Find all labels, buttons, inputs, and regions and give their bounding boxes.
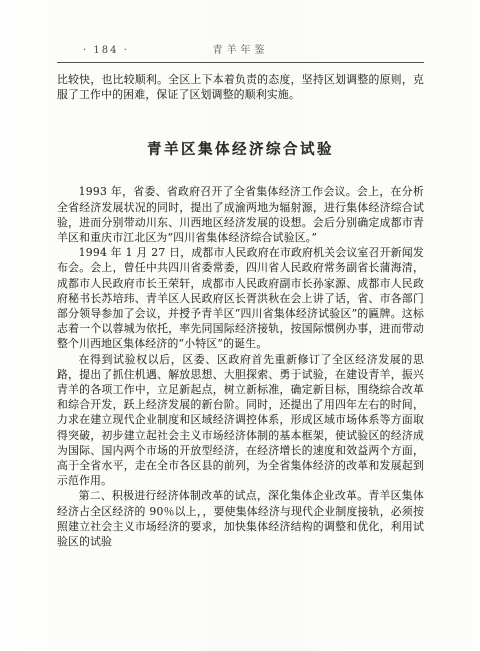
body-paragraph: 在得到试验权以后，区委、区政府首先重新修订了全区经济发展的思路，提出了抓住机遇、…: [57, 352, 424, 489]
header-rule: [57, 62, 424, 63]
scanned-yearbook-page: · 184 · 青羊年鉴 比较快，也比较顺利。全区上下本着负责的态度，坚持区划调…: [0, 0, 480, 651]
body-paragraph: 1994 年 1 月 27 日，成都市人民政府在市政府机关会议室召开新闻发布会。…: [57, 245, 424, 351]
section-title: 青羊区集体经济综合试验: [57, 142, 424, 158]
body-paragraph: 1993 年，省委、省政府召开了全省集体经济工作会议。会上，在分析全省经济发展状…: [57, 184, 424, 245]
page-number: · 184 ·: [83, 44, 129, 57]
body-paragraph: 第二、积极进行经济体制改革的试点，深化集体企业改革。青羊区集体经济占全区经济的 …: [57, 488, 424, 549]
running-header: · 184 · 青羊年鉴: [57, 44, 424, 57]
continuation-paragraph: 比较快，也比较顺利。全区上下本着负责的态度，坚持区划调整的原则，克服了工作中的困…: [57, 72, 424, 102]
page-content: · 184 · 青羊年鉴 比较快，也比较顺利。全区上下本着负责的态度，坚持区划调…: [57, 0, 424, 549]
